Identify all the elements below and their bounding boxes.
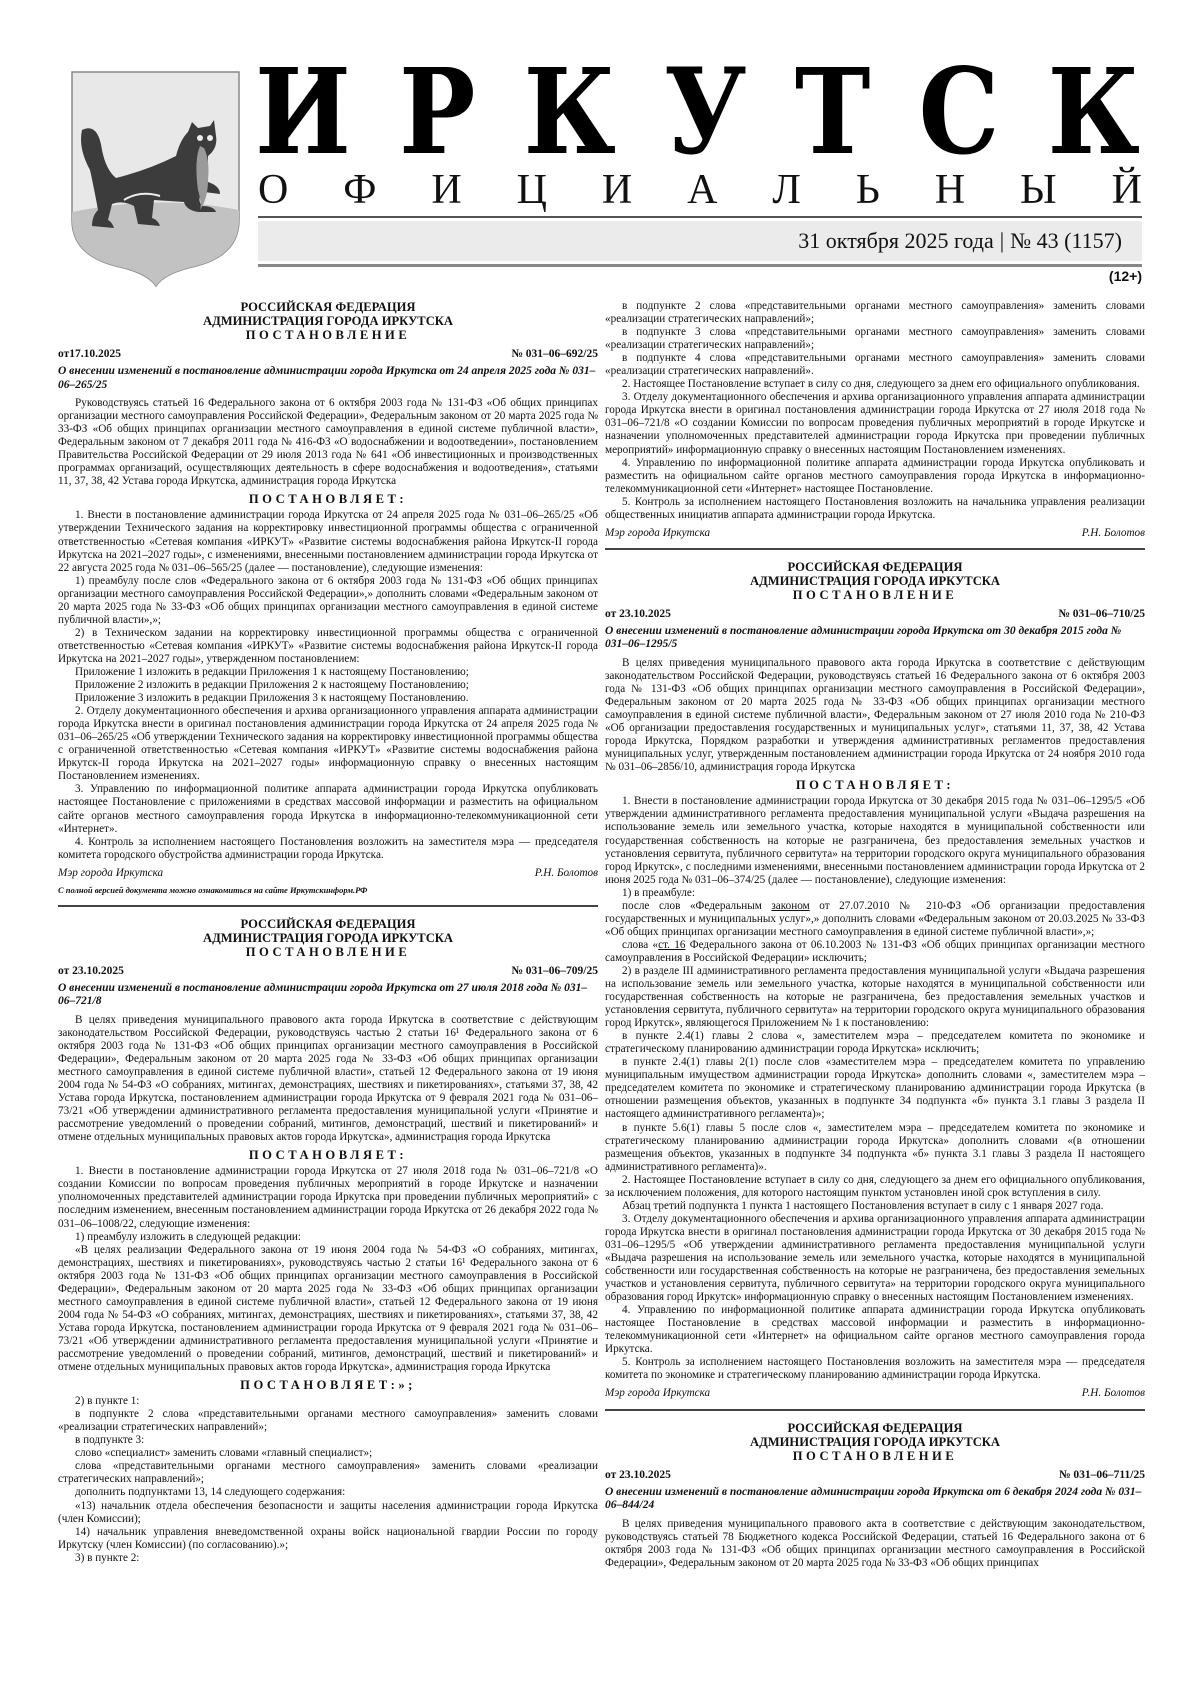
paragraph: 5. Контроль за исполнением настоящего По… <box>605 496 1145 522</box>
issue-number: № 43 (1157) <box>1010 228 1122 254</box>
doc-date: от17.10.2025 <box>58 348 121 361</box>
doc-meta: от 23.10.2025 № 031–06–711/25 <box>605 1469 1145 1482</box>
newspaper-subtitle: О Ф И Ц И А Л Ь Н Ы Й <box>258 168 1142 212</box>
masthead: И Р К У Т С К О Ф И Ц И А Л Ь Н Ы Й 31 о… <box>0 0 1194 290</box>
text: слова « <box>622 939 658 951</box>
subtitle-letter: О <box>258 168 288 212</box>
header-federation: РОССИЙСКАЯ ФЕДЕРАЦИЯ <box>605 560 1145 574</box>
resolution-709-25-continued: в подпункте 2 слова «представительными о… <box>605 300 1145 540</box>
doc-subject: О внесении изменений в постановление адм… <box>605 625 1145 652</box>
law-link[interactable]: законом <box>771 900 809 912</box>
coat-of-arms-icon <box>68 70 243 288</box>
doc-meta: от 23.10.2025 № 031–06–709/25 <box>58 965 598 978</box>
decree-heading: ПОСТАНОВЛЯЕТ: <box>58 493 598 506</box>
subtitle-letter: Ь <box>856 168 880 212</box>
issue-date-band: 31 октября 2025 года | № 43 (1157) <box>258 221 1142 261</box>
decree-heading-quoted: ПОСТАНОВЛЯЕТ:»; <box>58 1379 598 1392</box>
column-left: РОССИЙСКАЯ ФЕДЕРАЦИЯ АДМИНИСТРАЦИЯ ГОРОД… <box>58 300 598 1571</box>
paragraph: дополнить подпунктами 13, 14 следующего … <box>58 1486 598 1499</box>
paragraph: 1. Внести в постановление администрации … <box>58 1165 598 1230</box>
doc-number: № 031–06–711/25 <box>1059 1469 1145 1482</box>
paragraph: 2. Настоящее Постановление вступает в си… <box>605 378 1145 391</box>
header-administration: АДМИНИСТРАЦИЯ ГОРОДА ИРКУТСКА <box>58 931 598 945</box>
text: после слов «Федеральным <box>622 900 771 912</box>
preamble: В целях приведения муниципального правов… <box>605 657 1145 774</box>
header-doc-type: ПОСТАНОВЛЕНИЕ <box>605 588 1145 602</box>
decree-heading: ПОСТАНОВЛЯЕТ: <box>58 1149 598 1162</box>
paragraph: 14) начальник управления вневедомственно… <box>58 1526 598 1552</box>
article-link[interactable]: ст. 16 <box>658 939 685 951</box>
header-federation: РОССИЙСКАЯ ФЕДЕРАЦИЯ <box>605 1421 1145 1435</box>
masthead-rule-bottom <box>258 264 1142 267</box>
section-divider <box>605 548 1145 550</box>
newspaper-title: И Р К У Т С К <box>255 62 1145 162</box>
header-doc-type: ПОСТАНОВЛЕНИЕ <box>605 1449 1145 1463</box>
signer-name: Р.Н. Болотов <box>1082 527 1145 540</box>
doc-number: № 031–06–710/25 <box>1058 608 1145 621</box>
subtitle-letter: А <box>687 168 717 212</box>
title-letter: У <box>664 62 752 162</box>
paragraph: 3. Отделу документационного обеспечения … <box>605 391 1145 456</box>
doc-subject: О внесении изменений в постановление адм… <box>605 1486 1145 1513</box>
paragraph: 2. Настоящее Постановление вступает в си… <box>605 1174 1145 1200</box>
title-letter: Т <box>795 62 876 162</box>
title-letter: К <box>1048 62 1145 162</box>
age-rating: (12+) <box>1109 268 1142 284</box>
doc-subject: О внесении изменений в постановление адм… <box>58 982 598 1009</box>
decree-heading: ПОСТАНОВЛЯЕТ: <box>605 779 1145 792</box>
paragraph: 2. Отделу документационного обеспечения … <box>58 705 598 783</box>
preamble: Руководствуясь статьей 16 Федерального з… <box>58 397 598 488</box>
text: Федерального закона от 06.10.2003 № 131-… <box>605 939 1145 964</box>
subtitle-letter: Л <box>772 168 801 212</box>
signature: Мэр города Иркутска Р.Н. Болотов <box>605 1387 1145 1400</box>
paragraph: 1) преамбулу изложить в следующей редакц… <box>58 1231 598 1244</box>
signature: Мэр города Иркутска Р.Н. Болотов <box>58 867 598 880</box>
paragraph: в подпункте 3: <box>58 1434 598 1447</box>
paragraph: 3) в пункте 2: <box>58 1552 598 1565</box>
masthead-rule-top <box>258 216 1142 218</box>
paragraph: 2) в Техническом задании на корректировк… <box>58 627 598 666</box>
preamble: В целях приведения муниципального правов… <box>605 1518 1145 1570</box>
subtitle-letter: Ц <box>517 168 547 212</box>
resolution-692-25: РОССИЙСКАЯ ФЕДЕРАЦИЯ АДМИНИСТРАЦИЯ ГОРОД… <box>58 300 598 897</box>
paragraph: «В целях реализации Федерального закона … <box>58 1244 598 1374</box>
paragraph: 1) преамбулу после слов «Федерального за… <box>58 575 598 627</box>
section-divider <box>58 905 598 907</box>
header-administration: АДМИНИСТРАЦИЯ ГОРОДА ИРКУТСКА <box>58 314 598 328</box>
paragraph: Абзац третий подпункта 1 пункта 1 настоя… <box>605 1200 1145 1213</box>
paragraph: «13) начальник отдела обеспечения безопа… <box>58 1500 598 1526</box>
header-doc-type: ПОСТАНОВЛЕНИЕ <box>58 945 598 959</box>
doc-subject: О внесении изменений в постановление адм… <box>58 365 598 392</box>
paragraph: в пункте 2.4(1) главы 2 слова «, замести… <box>605 1030 1145 1056</box>
paragraph: 4. Контроль за исполнением настоящего По… <box>58 836 598 862</box>
resolution-709-25: РОССИЙСКАЯ ФЕДЕРАЦИЯ АДМИНИСТРАЦИЯ ГОРОД… <box>58 917 598 1565</box>
subtitle-letter: И <box>431 168 461 212</box>
subtitle-letter: Ы <box>1020 168 1057 212</box>
paragraph: 1. Внести в постановление администрации … <box>58 509 598 574</box>
signer-title: Мэр города Иркутска <box>605 527 710 540</box>
header-federation: РОССИЙСКАЯ ФЕДЕРАЦИЯ <box>58 917 598 931</box>
doc-meta: от 23.10.2025 № 031–06–710/25 <box>605 608 1145 621</box>
title-letter: К <box>524 62 621 162</box>
paragraph: Приложение 2 изложить в редакции Приложе… <box>58 679 598 692</box>
paragraph: слово «специалист» заменить словами «гла… <box>58 1447 598 1460</box>
header-administration: АДМИНИСТРАЦИЯ ГОРОДА ИРКУТСКА <box>605 1435 1145 1449</box>
title-letter: С <box>919 62 1005 162</box>
paragraph: после слов «Федеральным законом от 27.07… <box>605 900 1145 939</box>
header-doc-type: ПОСТАНОВЛЕНИЕ <box>58 328 598 342</box>
paragraph: 3. Отделу документационного обеспечения … <box>605 1213 1145 1304</box>
paragraph: 2) в разделе III административного регла… <box>605 965 1145 1030</box>
issue-separator: | <box>1000 228 1004 254</box>
resolution-710-25: РОССИЙСКАЯ ФЕДЕРАЦИЯ АДМИНИСТРАЦИЯ ГОРОД… <box>605 560 1145 1401</box>
full-version-note: С полной версией документа можно ознаком… <box>58 884 598 897</box>
paragraph: 4. Управлению по информационной политике… <box>605 1304 1145 1356</box>
paragraph: в пункте 2.4(1) главы 2(1) после слов «з… <box>605 1056 1145 1121</box>
title-letter: И <box>255 62 356 162</box>
preamble: В целях приведения муниципального правов… <box>58 1014 598 1144</box>
paragraph: 5. Контроль за исполнением настоящего По… <box>605 1356 1145 1382</box>
paragraph: 4. Управлению по информационной политике… <box>605 457 1145 496</box>
doc-number: № 031–06–709/25 <box>511 965 598 978</box>
section-divider <box>605 1409 1145 1411</box>
doc-number: № 031–06–692/25 <box>511 348 598 361</box>
signer-name: Р.Н. Болотов <box>535 867 598 880</box>
doc-date: от 23.10.2025 <box>58 965 124 978</box>
paragraph: в подпункте 2 слова «представительными о… <box>605 300 1145 326</box>
header-federation: РОССИЙСКАЯ ФЕДЕРАЦИЯ <box>58 300 598 314</box>
title-letter: Р <box>399 62 480 162</box>
paragraph: в пункте 5.6(1) главы 5 после слов «, за… <box>605 1122 1145 1174</box>
signer-title: Мэр города Иркутска <box>605 1387 710 1400</box>
paragraph: 1) в преамбуле: <box>605 887 1145 900</box>
paragraph: Приложение 3 изложить в редакции Приложе… <box>58 692 598 705</box>
paragraph: 1. Внести в постановление администрации … <box>605 795 1145 886</box>
signature: Мэр города Иркутска Р.Н. Болотов <box>605 527 1145 540</box>
doc-date: от 23.10.2025 <box>605 1469 671 1482</box>
doc-date: от 23.10.2025 <box>605 608 671 621</box>
paragraph: 2) в пункте 1: <box>58 1395 598 1408</box>
paragraph: слова «ст. 16 Федерального закона от 06.… <box>605 939 1145 965</box>
paragraph: в подпункте 4 слова «представительными о… <box>605 352 1145 378</box>
paragraph: Приложение 1 изложить в редакции Приложе… <box>58 666 598 679</box>
subtitle-letter: Н <box>935 168 965 212</box>
signer-name: Р.Н. Болотов <box>1082 1387 1145 1400</box>
signer-title: Мэр города Иркутска <box>58 867 163 880</box>
resolution-711-25: РОССИЙСКАЯ ФЕДЕРАЦИЯ АДМИНИСТРАЦИЯ ГОРОД… <box>605 1421 1145 1570</box>
subtitle-letter: Й <box>1112 168 1142 212</box>
doc-meta: от17.10.2025 № 031–06–692/25 <box>58 348 598 361</box>
paragraph: в подпункте 3 слова «представительными о… <box>605 326 1145 352</box>
subtitle-letter: Ф <box>343 168 376 212</box>
subtitle-letter: И <box>602 168 632 212</box>
paragraph: слова «представительными органами местно… <box>58 1460 598 1486</box>
issue-date: 31 октября 2025 года <box>798 228 993 254</box>
paragraph: 3. Управлению по информационной политике… <box>58 783 598 835</box>
column-right: в подпункте 2 слова «представительными о… <box>605 300 1145 1576</box>
header-administration: АДМИНИСТРАЦИЯ ГОРОДА ИРКУТСКА <box>605 574 1145 588</box>
paragraph: в подпункте 2 слова «представительными о… <box>58 1408 598 1434</box>
